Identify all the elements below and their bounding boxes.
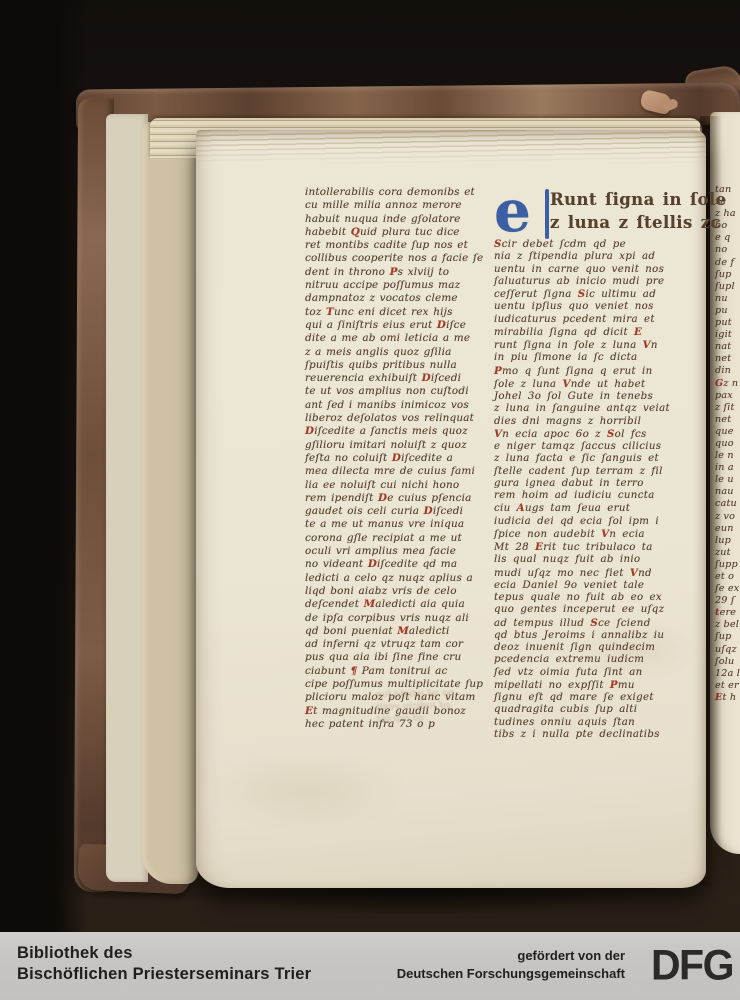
- manuscript-line: ſtelle cadent ſup terram z fil: [494, 466, 702, 478]
- manuscript-line: mipellati no expſſit Pmu: [494, 679, 702, 692]
- fanned-page-edges: [142, 122, 198, 884]
- manuscript-line: mirabilia ſigna qd dicit E: [494, 326, 702, 339]
- left-text-column: intollerabilis cora demonibs etcu mille …: [305, 186, 483, 731]
- initial-flourish-bar: [545, 189, 549, 239]
- manuscript-line: ad tempus illud Sce ſciend: [494, 617, 702, 630]
- manuscript-line: runt ſigna in ſole z luna Vn: [494, 339, 702, 352]
- manuscript-line: Vn ecia apoc 6o z Sol fcs: [494, 428, 702, 441]
- dfg-logo: DFG: [631, 941, 733, 990]
- manuscript-line: iudicaturus pcedent mira et: [494, 314, 702, 326]
- manuscript-line: dite a me ab omi leticia a me: [305, 332, 483, 345]
- manuscript-line: Mt 28 Erit tuc tribulaco ta: [494, 541, 702, 554]
- manuscript-line: ſole z luna Vnde ut habet: [494, 378, 702, 391]
- library-name-line1: Bibliothek des: [17, 943, 311, 964]
- manuscript-line: habebit Quid plura tuc dice: [305, 226, 483, 239]
- footer-bar: Bibliothek des Bischöflichen Priestersem…: [0, 932, 740, 1000]
- manuscript-line: te ut vos amplius non cuſtodi: [305, 385, 483, 398]
- manuscript-line: z luna in ſanguine antqz veiat: [494, 403, 702, 415]
- manuscript-line: qd boni pueniat Maledicti: [305, 625, 483, 638]
- manuscript-line: gaudet ois celi curia Diſcedi: [305, 505, 483, 518]
- manuscript-line: ledicti a celo qz nuqz aplius a: [305, 572, 483, 585]
- manuscript-line: z luna facta e ſic ſanguis et: [494, 453, 702, 465]
- manuscript-line: uentu in carne quo venit nos: [494, 264, 702, 276]
- manuscript-line: collibus cooperite nos a facie ſe: [305, 252, 483, 265]
- manuscript-line: ſignu eſt qd mare ſe exiget: [494, 692, 702, 704]
- manuscript-line: ecia Daniel 9o veniet tale: [494, 580, 702, 592]
- manuscript-page: intollerabilis cora demonibs etcu mille …: [196, 130, 706, 888]
- manuscript-line: in piu ſimone ia ſc dicta: [494, 352, 702, 364]
- incipit-display-lines: Runt ſigna in ſolez luna z ſtellis zc: [550, 188, 726, 234]
- manuscript-line: deoz inuenit ſign quindecim: [494, 642, 702, 654]
- page-top-grain: [196, 130, 706, 164]
- manuscript-line: uentu ipſius quo veniet nos: [494, 301, 702, 313]
- manuscript-line: Johel 3o ſol Gute in tenebs: [494, 391, 702, 403]
- manuscript-line: Pmo q ſunt ſigna q erut in: [494, 365, 702, 378]
- manuscript-line: gura ignea dabut in terro: [494, 478, 702, 490]
- library-name: Bibliothek des Bischöflichen Priestersem…: [17, 943, 311, 985]
- incipit-row: e Runt ſigna in ſolez luna z ſtellis zc: [494, 188, 702, 238]
- manuscript-line: gſilioru imitari noluiſt z quoz: [305, 439, 483, 452]
- manuscript-line: ciu Augs tam ſeua erut: [494, 502, 702, 515]
- manuscript-line: quadragita cubis ſup alti: [494, 704, 702, 716]
- illuminated-initial-E: e: [494, 177, 531, 245]
- manuscript-line: nia z ſtipendia plura xpi ad: [494, 251, 702, 263]
- manuscript-line: mudi uſqz mo nec fiet Vnd: [494, 567, 702, 580]
- manuscript-line: pcedencia extremu iudicm: [494, 654, 702, 666]
- library-name-line2: Bischöflichen Priesterseminars Trier: [17, 964, 311, 985]
- manuscript-line: toz Tunc eni dicet rex hijs: [305, 306, 483, 319]
- right-column-body: Scir debet ſcdm qd penia z ſtipendia plu…: [494, 238, 702, 741]
- manuscript-line: de ipſa corpibus vris nuqz ali: [305, 612, 483, 625]
- manuscript-line: ciabunt ¶ Pam tonitrui ac: [305, 665, 483, 678]
- manuscript-line: liqd boni aiabz vris de celo: [305, 585, 483, 598]
- ink-show-through: po qd pdicta ſupad iudiciu venitqd ſup o…: [376, 686, 497, 725]
- funding-credit-line2: Deutschen Forschungsgemeinschaft: [397, 965, 625, 983]
- manuscript-line: corona gſle recipiat a me ut: [305, 532, 483, 545]
- funding-credit: gefördert von der Deutschen Forschungsge…: [397, 947, 625, 982]
- manuscript-line: e niger tamqz ſaccus cilicius: [494, 441, 702, 453]
- manuscript-line: ſpice non audebit Vn ecia: [494, 528, 702, 541]
- manuscript-line: oculi vri amplius mea facie: [305, 545, 483, 558]
- manuscript-line: ſaluaturus ab inicio mudi pre: [494, 276, 702, 288]
- manuscript-line: intollerabilis cora demonibs et: [305, 186, 483, 199]
- manuscript-line: lis qual nuqz fuit ab inio: [494, 554, 702, 566]
- manuscript-line: Diſcedite a ſanctis meis quoz: [305, 425, 483, 438]
- manuscript-line: ant ſed i manibs inimicoz vos: [305, 399, 483, 412]
- manuscript-line: liberoz deſolatos vos relinquat: [305, 412, 483, 425]
- manuscript-line: tudines onniu aquis ſtan: [494, 717, 702, 729]
- right-text-column: e Runt ſigna in ſolez luna z ſtellis zc …: [494, 188, 702, 741]
- manuscript-line: Runt ſigna in ſole: [550, 188, 726, 211]
- manuscript-line: feſta no coluiſt Diſcedite a: [305, 452, 483, 465]
- illuminated-initial-wrap: e: [494, 188, 550, 238]
- manuscript-line: dent in throno Ps xlviij to: [305, 266, 483, 279]
- manuscript-line: z luna z ſtellis zc: [550, 211, 726, 234]
- manuscript-line: z a meis anglis quoz gſilia: [305, 346, 483, 359]
- manuscript-line: ceſſerut ſigna Sic ultimu ad: [494, 288, 702, 301]
- manuscript-line: lia ee noluiſt cui nichi hono: [305, 479, 483, 492]
- digitized-manuscript-photo: tanzez haboe qnode fſupſuplnupuputigitna…: [0, 0, 740, 1000]
- manuscript-line: rem ipendiſt De cuius pſencia: [305, 492, 483, 505]
- manuscript-line: mea dilecta mre de cuius fami: [305, 465, 483, 478]
- manuscript-line: qui a ſiniſtris eius erut Diſce: [305, 319, 483, 332]
- manuscript-line: rem hoim ad iudiciu cuncta: [494, 490, 702, 502]
- manuscript-line: ret montibs cadite ſup nos et: [305, 239, 483, 252]
- manuscript-line: ſpuiſtis quibs pritibus nulla: [305, 359, 483, 372]
- manuscript-line: te a me ut manus vre iniqua: [305, 518, 483, 531]
- manuscript-line: reuerencia exhibuiſt Diſcedi: [305, 372, 483, 385]
- manuscript-line: nitruu accipe poſſumus maz: [305, 279, 483, 292]
- manuscript-line: pus qua aia ibi ſine fine cru: [305, 651, 483, 664]
- manuscript-line: tepus quale no fuit ab eo ex: [494, 592, 702, 604]
- manuscript-line: quo gentes inceperut ee uſqz: [494, 604, 702, 616]
- manuscript-line: dampnatoz z vocatos cleme: [305, 292, 483, 305]
- manuscript-line: iudicia dei qd ecia ſol ipm i: [494, 516, 702, 528]
- manuscript-line: ad inferni qz vtruqz tam cor: [305, 638, 483, 651]
- manuscript-line: dies dni magns z horribil: [494, 416, 702, 428]
- manuscript-line: tibs z i nulla pte declinatibs: [494, 729, 702, 741]
- manuscript-line: deſcendet Maledicti aia quia: [305, 598, 483, 611]
- manuscript-line: no videant Diſcedite qd ma: [305, 558, 483, 571]
- manuscript-line: habuit nuqua inde gſolatore: [305, 213, 483, 226]
- manuscript-line: qd btus Jeroims i annalibz iu: [494, 630, 702, 642]
- funding-credit-line1: gefördert von der: [397, 947, 625, 965]
- manuscript-line: ſed vtz oimia futa ſint an: [494, 667, 702, 679]
- manuscript-line: cu mille milia annoz merore: [305, 199, 483, 212]
